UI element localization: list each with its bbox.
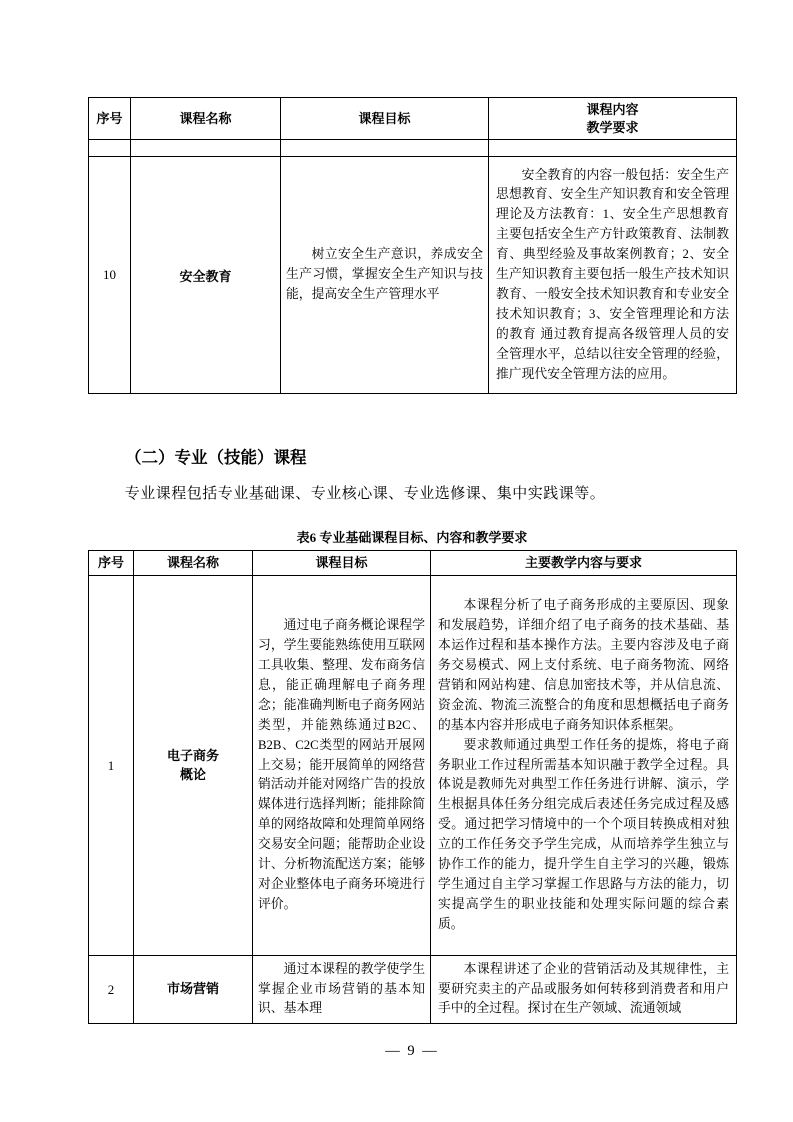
course-row-safety-education: 10 安全教育 树立安全生产意识，养成安全生产习惯，掌握安全生产知识与技能，提高…: [89, 157, 737, 394]
course-content-paragraph-1: 本课程分析了电子商务形成的主要原因、现象和发展趋势，详细介绍了电子商务的技术基础…: [438, 596, 729, 735]
basic-course-table-wrap: 序号 课程名称 课程目标 主要教学内容与要求 1 电子商务 概论 通过电子商务概…: [88, 550, 737, 1024]
top-course-table: 序号 课程名称 课程目标 课程内容 教学要求 10 安全教育 树立安全生产意识，…: [88, 97, 737, 394]
course-index: 2: [89, 956, 134, 1024]
table-caption: 表6 专业基础课程目标、内容和教学要求: [88, 527, 736, 546]
course-name: 安全教育: [131, 157, 281, 394]
course-content-paragraph-1: 本课程讲述了企业的营销活动及其规律性，主要研究卖主的产品或服务如何转移到消费者和…: [438, 960, 729, 1020]
course-index: 1: [89, 576, 134, 956]
course-content: 本课程讲述了企业的营销活动及其规律性，主要研究卖主的产品或服务如何转移到消费者和…: [431, 956, 737, 1024]
header-cell-course-objective: 课程目标: [253, 551, 431, 576]
course-name-line1: 电子商务: [134, 747, 252, 766]
course-objective: 树立安全生产意识，养成安全生产习惯，掌握安全生产知识与技能，提高安全生产管理水平: [281, 157, 489, 394]
header-cell-teaching-content: 主要教学内容与要求: [431, 551, 737, 576]
course-name: 电子商务 概论: [134, 576, 253, 956]
document-page: 序号 课程名称 课程目标 课程内容 教学要求 10 安全教育 树立安全生产意识，…: [0, 0, 793, 1122]
course-objective: 通过电子商务概论课程学习，学生要能熟练使用互联网工具收集、整理、发布商务信息，能…: [253, 576, 431, 956]
top-table-header-row: 序号 课程名称 课程目标 课程内容 教学要求: [89, 98, 737, 140]
separator-row: [89, 140, 737, 157]
course-objective-text: 通过本课程的教学使学生掌握企业市场营销的基本知识、基本理: [258, 960, 425, 1020]
header-cell-index: 序号: [89, 551, 134, 576]
header-content-line2: 教学要求: [489, 119, 736, 137]
course-name: 市场营销: [134, 956, 253, 1024]
header-cell-course-content: 课程内容 教学要求: [489, 98, 737, 140]
separator-cell: [89, 140, 131, 157]
header-content-line1: 课程内容: [489, 101, 736, 119]
course-content: 安全教育的内容一般包括：安全生产思想教育、安全生产知识教育和安全管理理论及方法教…: [489, 157, 737, 394]
basic-course-table: 序号 课程名称 课程目标 主要教学内容与要求 1 电子商务 概论 通过电子商务概…: [88, 550, 737, 1024]
course-objective-text: 树立安全生产意识，养成安全生产习惯，掌握安全生产知识与技能，提高安全生产管理水平: [286, 245, 483, 305]
course-name-line2: 概论: [134, 766, 252, 785]
course-objective: 通过本课程的教学使学生掌握企业市场营销的基本知识、基本理: [253, 956, 431, 1024]
basic-table-header-row: 序号 课程名称 课程目标 主要教学内容与要求: [89, 551, 737, 576]
course-objective-text: 通过电子商务概论课程学习，学生要能熟练使用互联网工具收集、整理、发布商务信息，能…: [258, 616, 425, 915]
section-heading: （二）专业（技能）课程: [88, 444, 736, 468]
separator-cell: [131, 140, 281, 157]
header-cell-course-name: 课程名称: [134, 551, 253, 576]
section-intro-paragraph: 专业课程包括专业基础课、专业核心课、专业选修课、集中实践课等。: [88, 482, 736, 503]
top-course-table-wrap: 序号 课程名称 课程目标 课程内容 教学要求 10 安全教育 树立安全生产意识，…: [88, 97, 737, 394]
page-number: — 9 —: [88, 1043, 736, 1060]
course-row-ecommerce-intro: 1 电子商务 概论 通过电子商务概论课程学习，学生要能熟练使用互联网工具收集、整…: [89, 576, 737, 956]
separator-cell: [281, 140, 489, 157]
course-content: 本课程分析了电子商务形成的主要原因、现象和发展趋势，详细介绍了电子商务的技术基础…: [431, 576, 737, 956]
header-cell-index: 序号: [89, 98, 131, 140]
course-name-line1: 市场营销: [134, 980, 252, 999]
header-cell-course-name: 课程名称: [131, 98, 281, 140]
header-cell-course-objective: 课程目标: [281, 98, 489, 140]
separator-cell: [489, 140, 737, 157]
course-content-paragraph-2: 要求教师通过典型工作任务的提炼，将电子商务职业工作过程所需基本知识融于教学全过程…: [438, 736, 729, 935]
course-content-text: 安全教育的内容一般包括：安全生产思想教育、安全生产知识教育和安全管理理论及方法教…: [496, 166, 729, 385]
course-index: 10: [89, 157, 131, 394]
course-row-marketing: 2 市场营销 通过本课程的教学使学生掌握企业市场营销的基本知识、基本理 本课程讲…: [89, 956, 737, 1024]
